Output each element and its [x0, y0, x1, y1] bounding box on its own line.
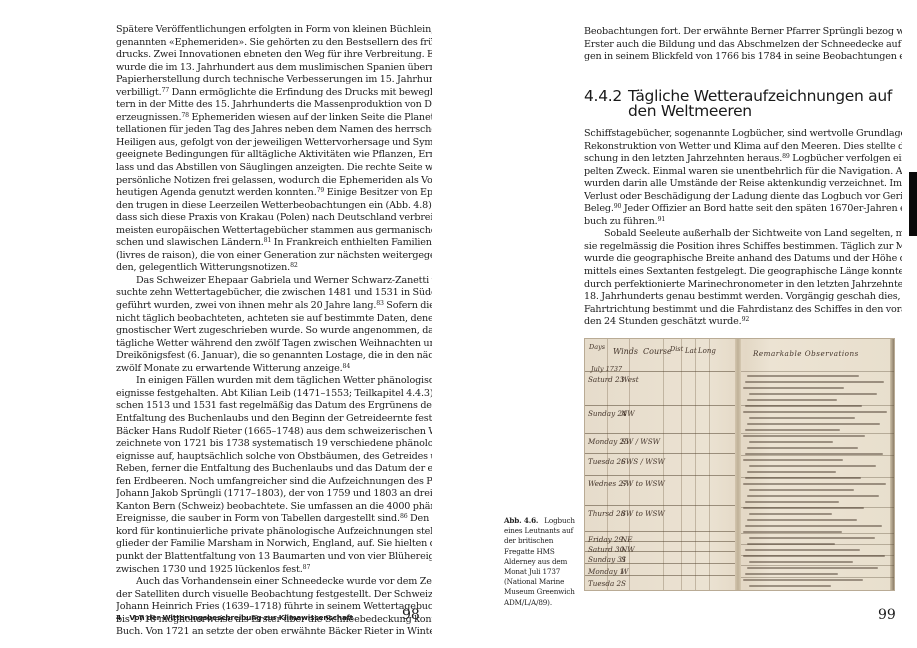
text-line: eignisse festgehalten. Abt Kilian Leib (… — [116, 388, 432, 401]
logbook-row-rule — [585, 575, 735, 576]
text-line: gen in seinem Blickfeld von 1766 bis 178… — [584, 51, 902, 64]
text-line: erzeugnissen.78 Ephemeriden wiesen auf d… — [116, 112, 432, 125]
logbook-handwritten-remark — [743, 555, 885, 557]
page-edge — [890, 339, 894, 590]
page-number-left: 98 — [402, 607, 420, 623]
text-line: Rekonstruktion von Wetter und Klima auf … — [584, 141, 902, 154]
text-line: Bäcker Hans Rudolf Rieter (1665–1748) au… — [116, 426, 432, 439]
running-footer: 4 Von der Witterungsbeschreibung zur Kli… — [116, 613, 432, 622]
footnote-ref[interactable]: 90 — [614, 203, 622, 210]
text-line: den trugen in diese Leerzeilen Wetterbeo… — [116, 200, 432, 213]
logbook-wind: SW to WSW — [621, 509, 665, 518]
text-line: drucks. Zwei Innovationen ebneten den We… — [116, 49, 432, 62]
logbook-row-rule — [585, 531, 735, 532]
logbook-row-rule — [585, 505, 735, 506]
text-line: den, gelegentlich Witterungsnotizen.82 — [116, 262, 432, 275]
right-page-continuation-text: Beobachtungen fort. Der erwähnte Berner … — [584, 26, 902, 64]
logbook-remarks-rule — [741, 455, 894, 456]
text-line: der Satelliten durch visuelle Beobachtun… — [116, 589, 432, 602]
figure-label: Abb. 4.6. — [504, 516, 538, 525]
section-number: 4.4.2 — [584, 89, 628, 104]
footnote-ref[interactable]: 81 — [264, 237, 272, 244]
logbook-wind: SW to WSW — [621, 479, 665, 488]
text-line: (livres de raison), die von einer Genera… — [116, 250, 432, 263]
logbook-row-rule — [585, 475, 735, 476]
text-line: Verlust oder Beschädigung der Ladung die… — [584, 191, 902, 204]
text-line: wurde die im 13. Jahrhundert aus dem mus… — [116, 62, 432, 75]
logbook-handwritten-remark — [745, 525, 882, 527]
logbook-handwritten-remark — [745, 429, 840, 431]
footnote-ref[interactable]: 84 — [343, 363, 351, 370]
footnote-ref[interactable]: 87 — [303, 564, 311, 571]
logbook-wind: NE — [621, 535, 633, 544]
footnote-ref[interactable]: 91 — [658, 216, 666, 223]
text-line: wurde die geographische Breite anhand de… — [584, 253, 902, 266]
text-line: Papierherstellung durch technische Verbe… — [116, 74, 432, 87]
logbook-row-rule — [585, 433, 735, 434]
text-line: punkt der Blattentfaltung von 13 Baumart… — [116, 551, 432, 564]
text-line: genannten «Ephemeriden». Sie gehörten zu… — [116, 37, 432, 50]
logbook-handwritten-remark — [749, 417, 855, 419]
paragraph: In einigen Fällen wurden mit dem täglich… — [116, 375, 432, 576]
logbook-remarks-rule — [741, 577, 894, 578]
left-page: Spätere Veröffentlichungen erfolgten in … — [0, 0, 458, 648]
text-line: meisten europäischen Wettertagebücher st… — [116, 225, 432, 238]
text-line: persönliche Notizen frei gelassen, wodur… — [116, 175, 432, 188]
logbook-handwritten-remark — [747, 375, 859, 377]
logbook-handwritten-remark — [749, 561, 853, 563]
logbook-column-rule — [681, 339, 682, 590]
logbook-handwritten-remark — [745, 453, 883, 455]
logbook-handwritten-remark — [749, 537, 875, 539]
logbook-row-rule — [585, 563, 735, 564]
logbook-handwritten-remark — [743, 459, 843, 461]
text-line: geeignete Bedingungen für alltägliche Ak… — [116, 149, 432, 162]
text-line: nicht täglich beobachteten, achteten sie… — [116, 313, 432, 326]
text-line: Dreikönigsfest (6. Januar), die so genan… — [116, 350, 432, 363]
footnote-ref[interactable]: 78 — [181, 112, 189, 119]
text-line: dass sich diese Praxis von Krakau (Polen… — [116, 212, 432, 225]
logbook-handwritten-remark — [743, 483, 886, 485]
logbook-column-rule — [629, 339, 630, 590]
logbook-handwritten-remark — [749, 441, 833, 443]
logbook-row-rule — [585, 405, 735, 406]
logbook-handwritten-remark — [745, 501, 839, 503]
text-line: In einigen Fällen wurden mit dem täglich… — [116, 375, 432, 388]
text-line: verbilligt.77 Dann ermöglichte die Erfin… — [116, 87, 432, 100]
text-line: buch zu führen.91 — [584, 216, 902, 229]
paragraph: Das Schweizer Ehepaar Gabriela und Werne… — [116, 275, 432, 375]
text-line: mittels eines Sextanten festgelegt. Die … — [584, 266, 902, 279]
logbook-row-rule — [585, 541, 735, 542]
logbook-col-winds: Winds — [613, 347, 638, 356]
logbook-handwritten-remark — [745, 549, 860, 551]
text-line: Sobald Seeleute außerhalb der Sichtweite… — [584, 228, 902, 241]
paragraph: Beobachtungen fort. Der erwähnte Berner … — [584, 26, 902, 64]
logbook-handwritten-remark — [745, 477, 861, 479]
text-line: tägliche Wetter während den zwölf Tagen … — [116, 338, 432, 351]
logbook-row-rule — [585, 551, 735, 552]
logbook-remarks-rule — [741, 433, 894, 434]
section-title-line2: den Weltmeeren — [584, 104, 902, 119]
logbook-handwritten-remark — [743, 579, 863, 581]
logbook-wind: NW — [621, 545, 635, 554]
logbook-remarks-rule — [741, 565, 894, 566]
logbook-handwritten-remark — [747, 567, 878, 569]
book-gutter — [735, 339, 741, 590]
footnote-ref[interactable]: 79 — [317, 187, 325, 194]
logbook-handwritten-remark — [747, 495, 879, 497]
paragraph: Spätere Veröffentlichungen erfolgten in … — [116, 24, 432, 275]
logbook-handwritten-remark — [747, 423, 880, 425]
logbook-handwritten-remark — [747, 543, 835, 545]
text-line: tern in der Mitte des 15. Jahrhunderts d… — [116, 99, 432, 112]
logbook-handwritten-remark — [747, 519, 857, 521]
text-line: Spätere Veröffentlichungen erfolgten in … — [116, 24, 432, 37]
text-line: den 24 Stunden geschätzt wurde.92 — [584, 316, 902, 329]
logbook-handwritten-remark — [745, 405, 862, 407]
text-line: wurden darin alle Umstände der Reise akt… — [584, 178, 902, 191]
text-line: Schiffstagebücher, sogenannte Logbücher,… — [584, 128, 902, 141]
text-line: lass und das Abstillen von Säuglingen an… — [116, 162, 432, 175]
logbook-col-days: Days — [589, 343, 605, 351]
logbook-col-course: Course — [643, 347, 672, 356]
text-line: 18. Jahrhunderts genau bestimmt werden. … — [584, 291, 902, 304]
logbook-handwritten-remark — [749, 465, 876, 467]
chapter-thumb-tab — [909, 172, 917, 236]
figure-caption: Abb. 4.6.Logbuch eines Leutnants auf der… — [504, 516, 580, 608]
text-line: zwischen 1730 und 1925 lückenlos fest.87 — [116, 564, 432, 577]
text-line: Ereignisse, die sauber in Form von Tabel… — [116, 513, 432, 526]
logbook-column-rule — [607, 339, 608, 590]
logbook-handwritten-remark — [743, 507, 864, 509]
text-line: zeichnete von 1721 bis 1738 systematisch… — [116, 438, 432, 451]
logbook-handwritten-remark — [743, 435, 865, 437]
text-line: durch perfektionierte Marinechronometer … — [584, 279, 902, 292]
text-line: Entfaltung des Buchenlaubs und den Begin… — [116, 413, 432, 426]
logbook-remarks-rule — [741, 533, 894, 534]
section-heading: 4.4.2Tägliche Wetteraufzeichnungen auf d… — [584, 89, 902, 119]
text-line: zwölf Monate zu erwartende Witterung anz… — [116, 363, 432, 376]
logbook-handwritten-remark — [743, 387, 844, 389]
text-line: schung in den letzten Jahrzehnten heraus… — [584, 153, 902, 166]
logbook-wind: SWS / WSW — [621, 457, 665, 466]
logbook-remarkable-observations-heading: Remarkable Observations — [753, 349, 859, 358]
logbook-day: Friday 29 — [588, 535, 623, 544]
text-line: kord für kontinuierliche private phänolo… — [116, 526, 432, 539]
chapter-number: 4 — [116, 613, 121, 622]
text-line: sie regelmässig die Position ihres Schif… — [584, 241, 902, 254]
logbook-wind: S — [621, 579, 626, 588]
logbook-wind: NW — [621, 409, 635, 418]
footnote-ref[interactable]: 86 — [400, 513, 408, 520]
paragraph: Sobald Seeleute außerhalb der Sichtweite… — [584, 228, 902, 328]
logbook-col-long: Long — [698, 347, 716, 355]
logbook-day: Tuesda 2 — [588, 579, 621, 588]
footnote-ref[interactable]: 77 — [162, 87, 170, 94]
logbook-handwritten-remark — [745, 573, 838, 575]
text-line: Reben, ferner die Entfaltung des Buchenl… — [116, 463, 432, 476]
footnote-ref[interactable]: 82 — [290, 262, 298, 269]
logbook-column-rule — [709, 339, 710, 590]
text-line: geführt wurden, zwei von ihnen mehr als … — [116, 300, 432, 313]
logbook-handwritten-remark — [745, 381, 884, 383]
logbook-remarks-rule — [741, 371, 894, 372]
right-page: Beobachtungen fort. Der erwähnte Berner … — [458, 0, 917, 648]
logbook-handwritten-remark — [743, 531, 842, 533]
paragraph: Schiffstagebücher, sogenannte Logbücher,… — [584, 128, 902, 228]
text-line: Johann Heinrich Fries (1639–1718) führte… — [116, 601, 432, 614]
text-line: pelten Zweck. Einmal waren sie unentbehr… — [584, 166, 902, 179]
text-line: Kanton Bern (Schweiz) beobachtete. Sie u… — [116, 501, 432, 514]
page-number-right: 99 — [878, 607, 896, 623]
text-line: heutigen Agenda genutzt werden konnten.7… — [116, 187, 432, 200]
logbook-wind: SW / WSW — [621, 437, 660, 446]
text-line: fen Erdbeeren. Noch umfangreicher sind d… — [116, 476, 432, 489]
text-line: Das Schweizer Ehepaar Gabriela und Werne… — [116, 275, 432, 288]
logbook-column-rule — [695, 339, 696, 590]
logbook-handwritten-remark — [747, 471, 836, 473]
logbook-handwritten-remark — [743, 411, 887, 413]
text-line: Fahrtrichtung bestimmt und die Fahrdista… — [584, 304, 902, 317]
paragraph: Auch das Vorhandensein einer Schneedecke… — [116, 576, 432, 639]
logbook-handwritten-remark — [747, 447, 858, 449]
logbook-row-rule — [585, 453, 735, 454]
text-line: Buch. Von 1721 an setzte der oben erwähn… — [116, 626, 432, 639]
left-page-body-text: Spätere Veröffentlichungen erfolgten in … — [116, 24, 432, 639]
text-line: Johann Jakob Sprüngli (1717–1803), der v… — [116, 488, 432, 501]
text-line: Auch das Vorhandensein einer Schneedecke… — [116, 576, 432, 589]
chapter-title: Von der Witterungsbeschreibung zur Klima… — [129, 613, 353, 622]
footnote-ref[interactable]: 89 — [782, 153, 790, 160]
footnote-ref[interactable]: 92 — [742, 316, 750, 323]
logbook-handwritten-remark — [747, 399, 837, 401]
text-line: Beleg.90 Jeder Offizier an Bord hatte se… — [584, 203, 902, 216]
logbook-row-rule — [585, 371, 735, 372]
logbook-column-rule — [663, 339, 664, 590]
text-line: tellationen für jeden Tag des Jahres neb… — [116, 124, 432, 137]
text-line: Beobachtungen fort. Der erwähnte Berner … — [584, 26, 902, 39]
logbook-handwritten-remark — [749, 585, 831, 587]
text-line: eignisse auf, hauptsächlich solche von O… — [116, 451, 432, 464]
text-line: schen 1513 und 1531 fast regelmäßig das … — [116, 400, 432, 413]
text-line: Heiligen aus, gefolgt von der jeweiligen… — [116, 137, 432, 150]
text-line: gnostischer Wert zugeschrieben wurde. So… — [116, 325, 432, 338]
logbook-handwritten-remark — [749, 489, 854, 491]
logbook-handwritten-remark — [749, 393, 877, 395]
figure-caption-text: Logbuch eines Leutnants auf der britisch… — [504, 516, 575, 607]
footnote-ref[interactable]: 83 — [376, 300, 384, 307]
text-line: glieder der Familie Marsham in Norwich, … — [116, 538, 432, 551]
logbook-image: Days Winds Course Dist Lat Long Remarkab… — [584, 338, 895, 591]
text-line: suchte zehn Wettertagebücher, die zwisch… — [116, 287, 432, 300]
text-line: Erster auch die Bildung und das Abschmel… — [584, 39, 902, 52]
text-line: schen und slawischen Ländern.81 In Frank… — [116, 237, 432, 250]
logbook-handwritten-remark — [749, 513, 832, 515]
right-page-body-text: Schiffstagebücher, sogenannte Logbücher,… — [584, 128, 902, 329]
